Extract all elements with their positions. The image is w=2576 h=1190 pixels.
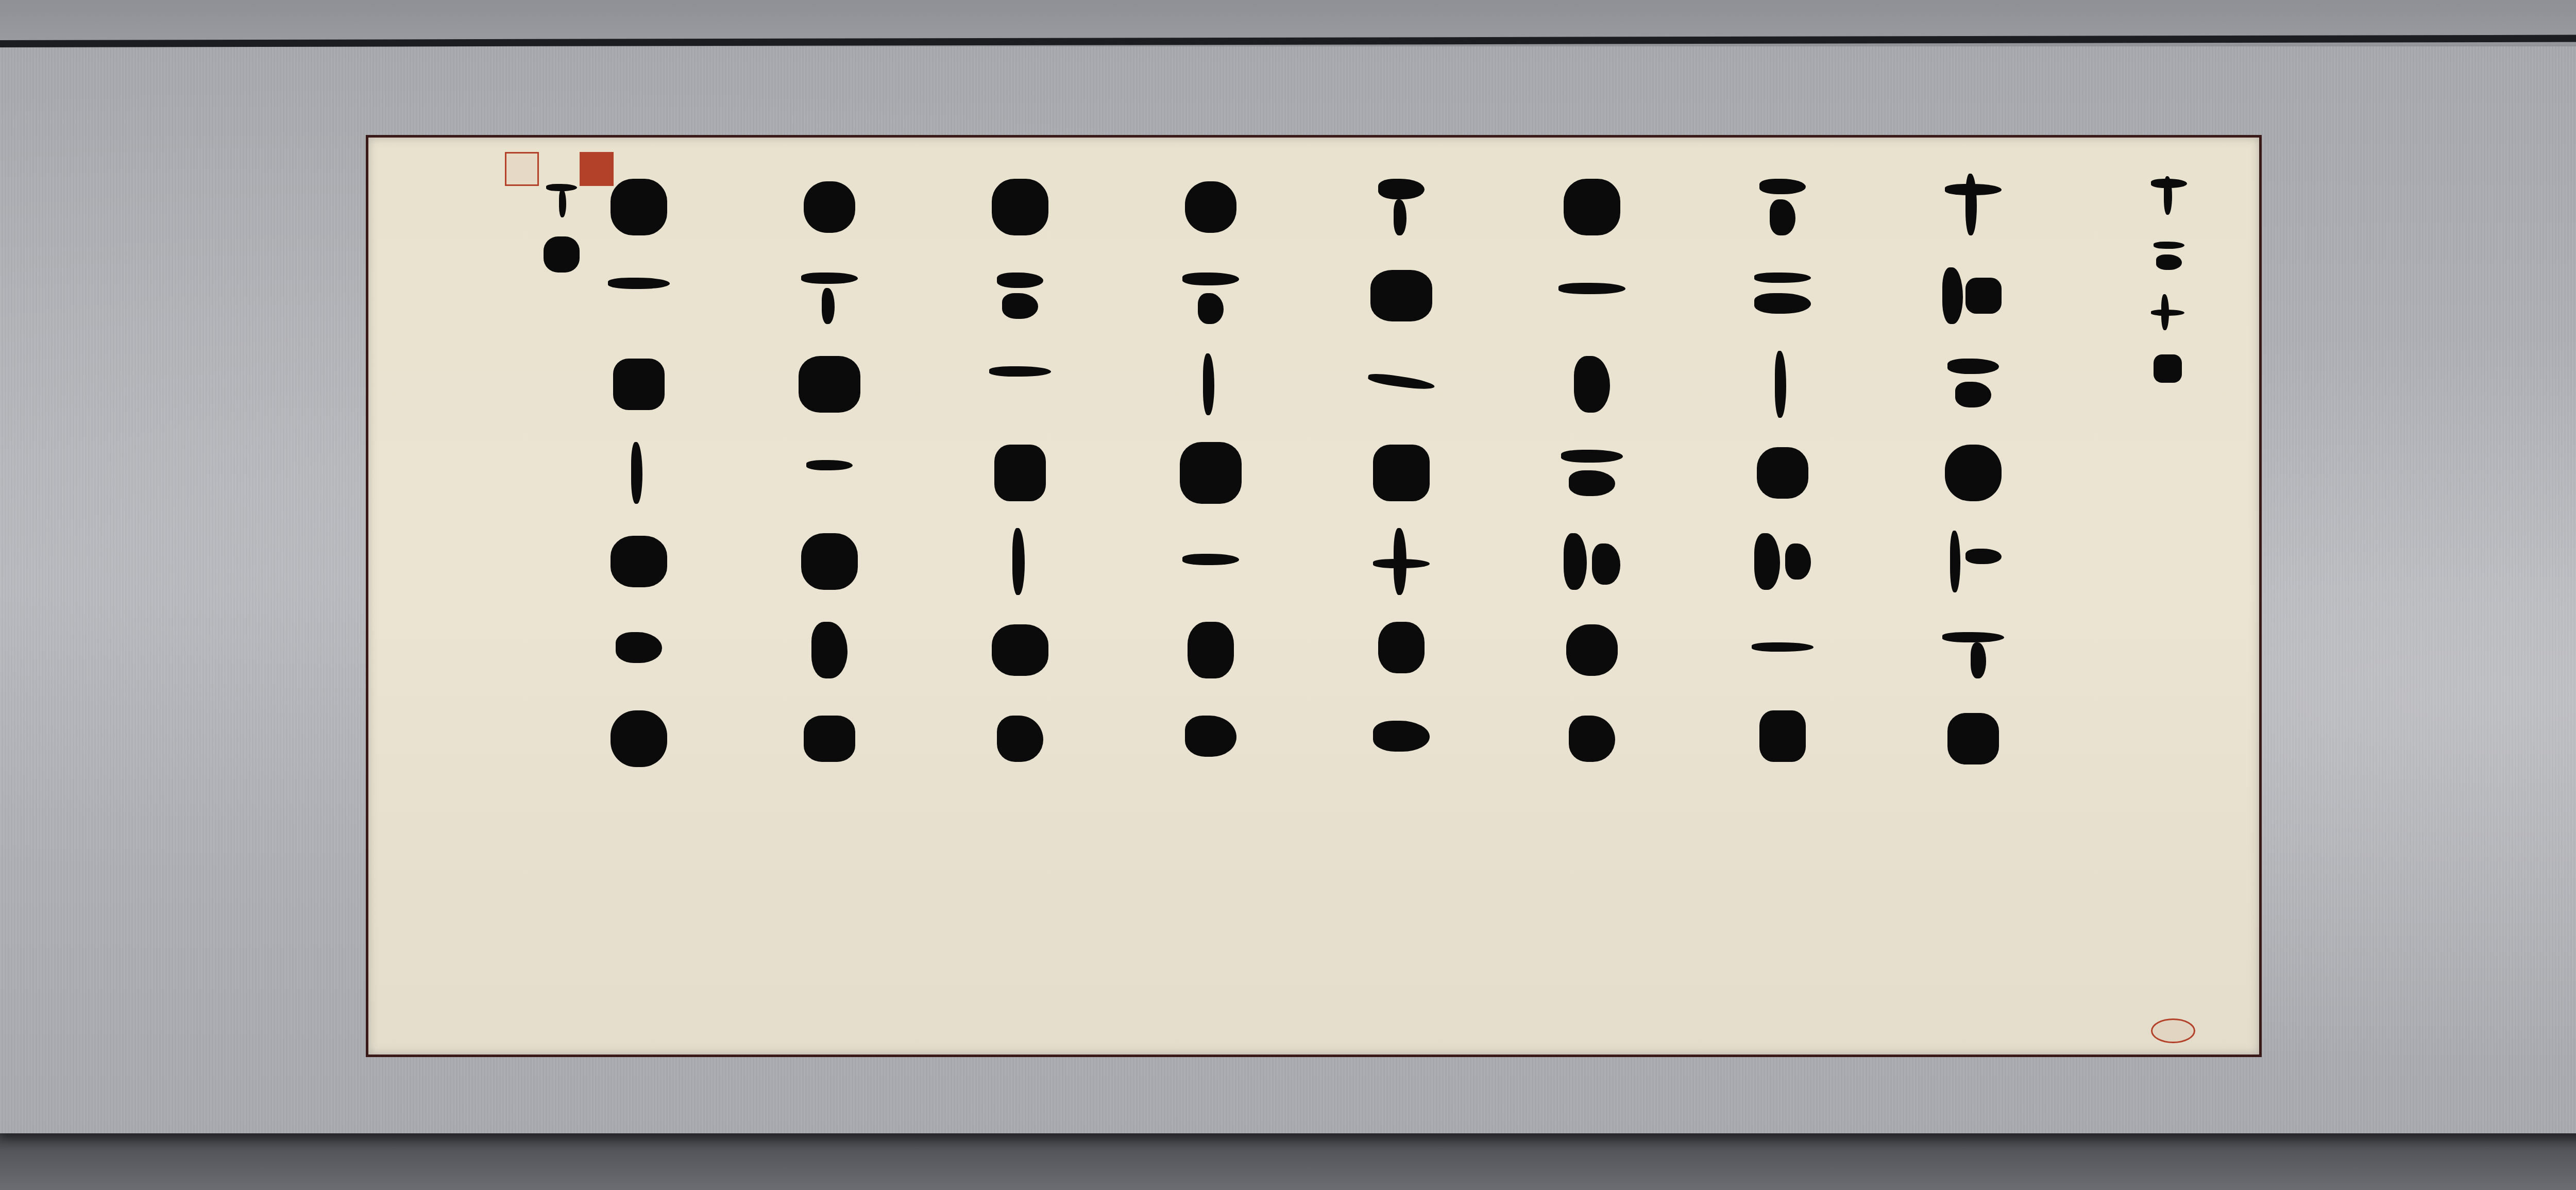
text-column-4 xyxy=(1352,168,1450,789)
text-column-6 xyxy=(971,168,1069,789)
text-column-2 xyxy=(1734,168,1832,789)
inscription-column-1 xyxy=(2120,174,2218,404)
text-column-1 xyxy=(1924,168,2022,789)
text-column-3 xyxy=(1543,168,1641,789)
seal-square-filled xyxy=(580,152,614,186)
signature-column xyxy=(513,174,611,289)
text-column-5 xyxy=(1162,168,1260,789)
hanging-rod xyxy=(0,34,2576,47)
wall-shadow xyxy=(0,1131,2576,1190)
text-column-7 xyxy=(781,168,878,789)
seal-square-outline xyxy=(505,152,539,186)
calligraphy-panel xyxy=(366,135,2262,1057)
seal-oval xyxy=(2151,1018,2195,1043)
